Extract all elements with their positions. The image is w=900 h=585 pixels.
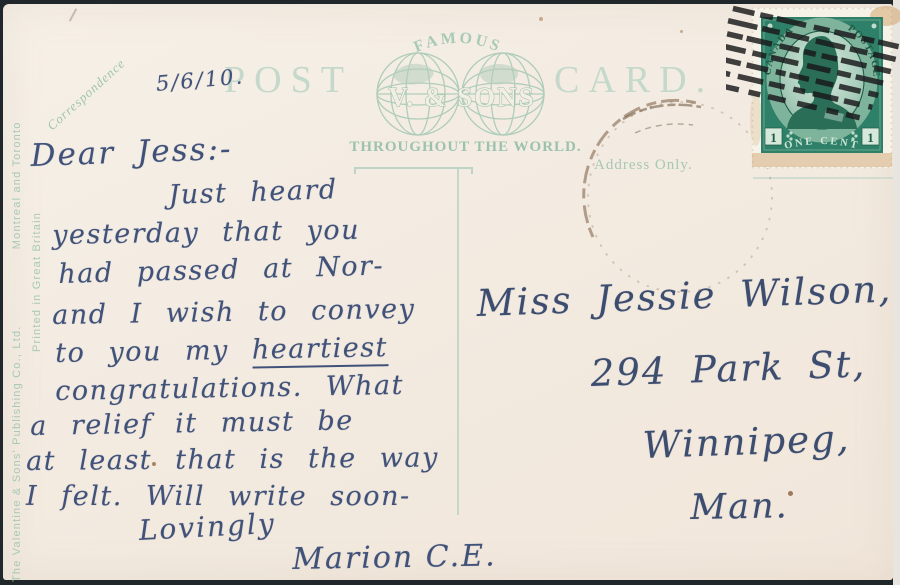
paper-speck [539, 17, 543, 21]
printed-in-imprint: Printed in Great Britain [31, 212, 43, 352]
brand-label: V. & SONS [388, 82, 535, 112]
message-line-2: yesterday that you [52, 215, 360, 251]
divider-vertical [457, 168, 459, 515]
message-line-5-prefix: to you my [55, 335, 252, 369]
divider-tick-left [354, 167, 356, 174]
stamp-value-left: 1 [770, 130, 777, 145]
divider-tick-right [471, 167, 473, 174]
message-line-6: congratulations. What [55, 370, 404, 407]
famous-label: FAMOUS [411, 30, 504, 56]
address-line-4: Man. [690, 486, 789, 528]
message-line-7: a relief it must be [30, 405, 354, 442]
message-underlined-word: heartiest [252, 332, 389, 368]
salutation: Dear Jess:- [30, 131, 233, 174]
stamp-value-right: 1 [867, 130, 874, 145]
address-line-3: Winnipeg, [642, 417, 851, 467]
printed-in-label: Printed in Great Britain [31, 212, 43, 352]
message-line-1: Just heard [168, 174, 338, 211]
publisher-location: Montreal and Toronto [11, 121, 23, 249]
postcard-scan: The Valentine & Sons' Publishing Co., Lt… [0, 0, 900, 585]
message-line-9: I felt. Will write soon- [26, 481, 411, 512]
message-line-8: at least that is the way [26, 442, 439, 477]
paper-speck [680, 30, 683, 33]
postage-stamp: CANADA POSTAGE 1 1 ONE CENT [726, 2, 900, 174]
publisher-name: The Valentine & Sons' Publishing Co., Lt… [11, 325, 23, 582]
divider-horizontal [354, 167, 473, 169]
paper-speck [788, 491, 793, 496]
tagline-label: THROUGHOUT THE WORLD. [343, 139, 588, 156]
publisher-imprint: The Valentine & Sons' Publishing Co., Lt… [11, 121, 23, 582]
message-signature: Marion C.E. [292, 538, 497, 577]
svg-text:FAMOUS: FAMOUS [411, 30, 504, 56]
message-line-5: to you my heartiest [55, 332, 388, 369]
message-line-4: and I wish to convey [52, 294, 416, 331]
paper-speck [152, 462, 156, 466]
